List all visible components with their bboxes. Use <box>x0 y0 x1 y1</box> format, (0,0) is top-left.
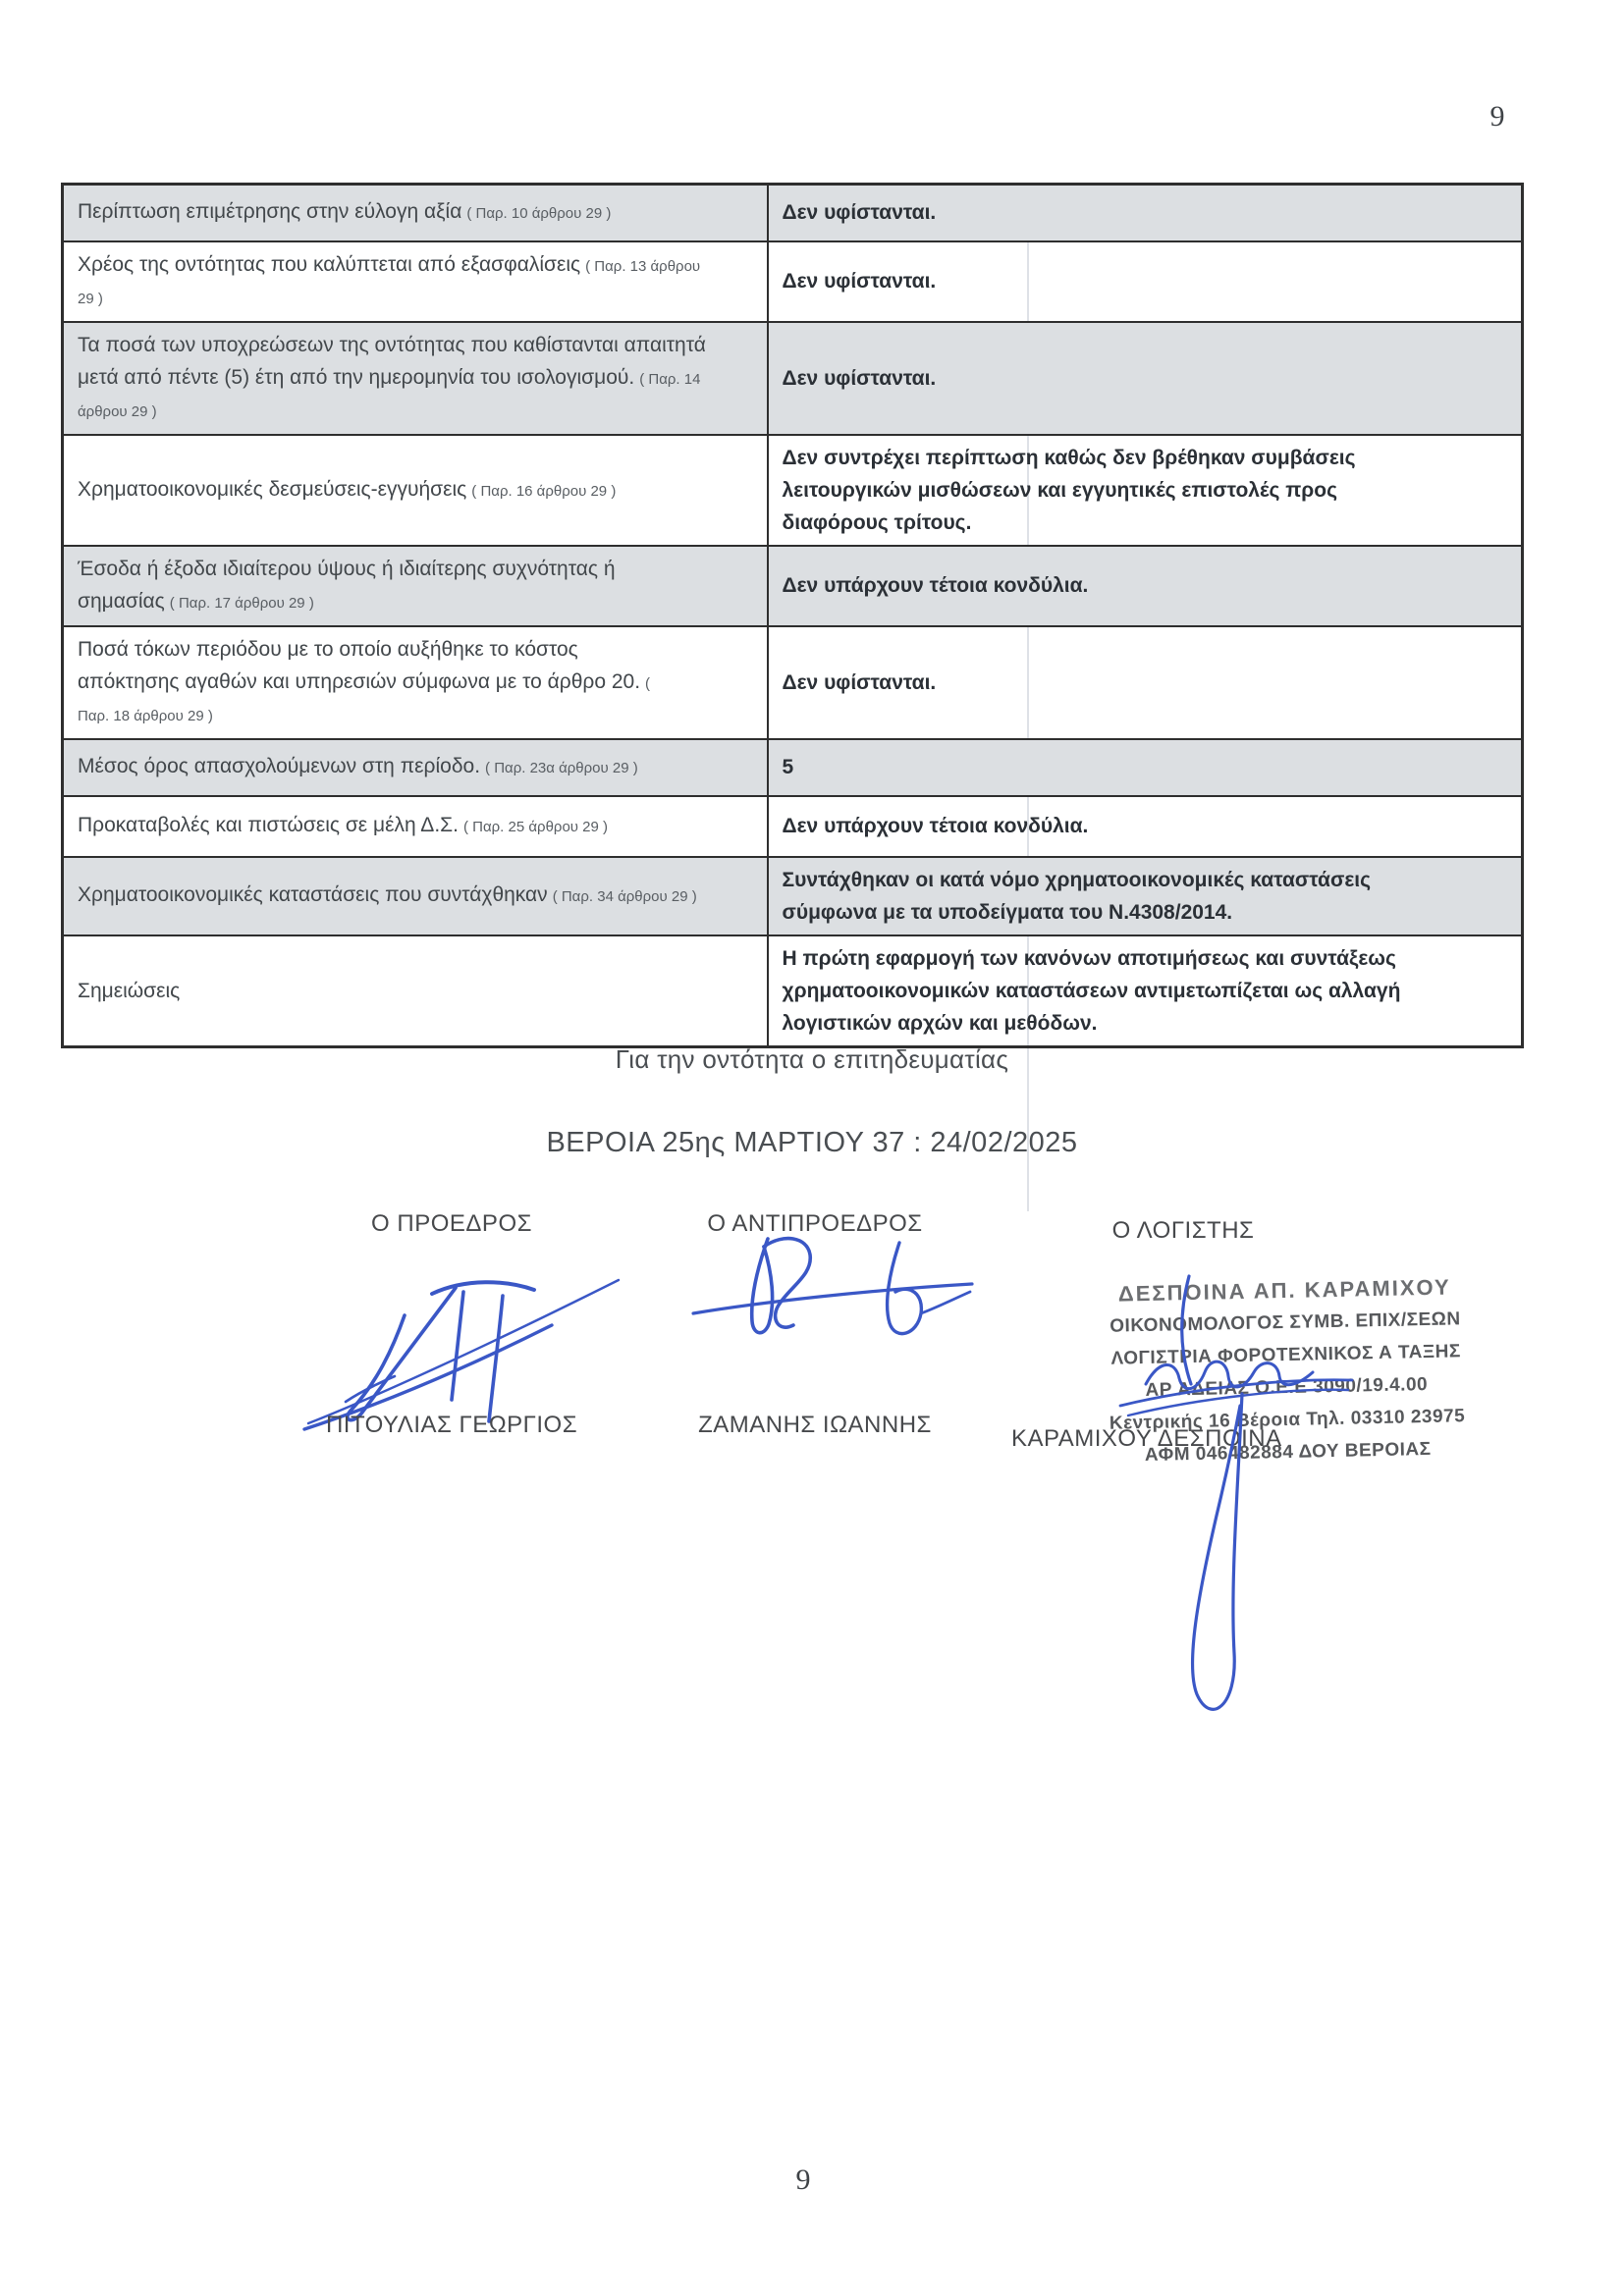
table-row: Χρέος της οντότητας που καλύπτεται από ε… <box>63 241 1523 322</box>
president-signature-ink <box>295 1255 628 1436</box>
disclosure-note: ( Παρ. 25 άρθρου 29 ) <box>463 819 608 835</box>
table-row: Μέσος όρος απασχολούμενων στη περίοδο.( … <box>63 739 1523 796</box>
table-row: Χρηματοοικονομικές δεσμεύσεις-εγγυήσεις(… <box>63 435 1523 546</box>
disclosure-value: Δεν υφίστανται. <box>783 671 937 694</box>
disclosure-note: ( Παρ. 16 άρθρου 29 ) <box>471 483 616 500</box>
president-title: Ο ΠΡΟΕΔΡΟΣ <box>324 1210 579 1238</box>
president-signature-icon <box>295 1255 628 1436</box>
vice-president-signature-icon <box>685 1229 980 1362</box>
disclosure-label: Σημειώσεις <box>78 980 180 1002</box>
entity-closing-line: Για την οντότητα ο επιτηδευματίας <box>0 1044 1624 1075</box>
page-number-top: 9 <box>1473 100 1522 133</box>
disclosure-label: Ποσά τόκων περιόδου με το οποίο αυξήθηκε… <box>78 638 640 693</box>
disclosure-value: Συντάχθηκαν οι κατά νόμο χρηματοοικονομι… <box>783 869 1372 924</box>
table-row: Προκαταβολές και πιστώσεις σε μέλη Δ.Σ.(… <box>63 796 1523 857</box>
disclosure-label: Χρηματοοικονομικές καταστάσεις που συντά… <box>78 883 548 906</box>
vice-president-signature-ink <box>685 1229 980 1362</box>
accountant-signature-ink <box>1095 1268 1375 1744</box>
disclosure-label: Τα ποσά των υποχρεώσεων της οντότητας πο… <box>78 334 706 389</box>
table-row: Περίπτωση επιμέτρησης στην εύλογη αξία( … <box>63 185 1523 241</box>
disclosure-label: Προκαταβολές και πιστώσεις σε μέλη Δ.Σ. <box>78 814 459 836</box>
accountant-signature-icon <box>1095 1268 1375 1744</box>
disclosure-note: ( Παρ. 34 άρθρου 29 ) <box>553 888 697 905</box>
disclosure-note: ( Παρ. 17 άρθρου 29 ) <box>170 595 314 612</box>
disclosure-value: Η πρώτη εφαρμογή των κανόνων αποτιμήσεως… <box>783 947 1401 1035</box>
disclosure-value: Δεν υφίστανται. <box>783 367 937 390</box>
scanned-document-page: { "page": { "top_page_number": "9", "bot… <box>0 0 1624 2296</box>
disclosure-label-cell: Χρηματοοικονομικές καταστάσεις που συντά… <box>63 857 768 935</box>
disclosure-value: Δεν υφίστανται. <box>783 270 937 293</box>
disclosures-table: Περίπτωση επιμέτρησης στην εύλογη αξία( … <box>61 183 1524 1048</box>
disclosure-note: ( Παρ. 23α άρθρου 29 ) <box>485 760 638 776</box>
disclosure-label: Περίπτωση επιμέτρησης στην εύλογη αξία <box>78 200 461 223</box>
president-name: ΠΙΤΟΥΛΙΑΣ ΓΕΩΡΓΙΟΣ <box>304 1412 599 1439</box>
disclosure-label-cell: Σημειώσεις <box>63 935 768 1047</box>
disclosure-label: Μέσος όρος απασχολούμενων στη περίοδο. <box>78 755 480 777</box>
disclosure-note: ( Παρ. 10 άρθρου 29 ) <box>466 205 611 222</box>
disclosure-value: Δεν υφίστανται. <box>783 201 937 224</box>
vice-president-name: ΖΑΜΑΝΗΣ ΙΩΑΝΝΗΣ <box>668 1412 962 1439</box>
disclosure-value: Δεν υπάρχουν τέτοια κονδύλια. <box>783 574 1089 597</box>
table-row: Έσοδα ή έξοδα ιδιαίτερου ύψους ή ιδιαίτε… <box>63 546 1523 626</box>
disclosure-value-cell: Δεν υπάρχουν τέτοια κονδύλια. <box>768 796 1523 857</box>
disclosure-value: Δεν υπάρχουν τέτοια κονδύλια. <box>783 815 1089 837</box>
place-date-line: ΒΕΡΟΙΑ 25ης ΜΑΡΤΙΟΥ 37 : 24/02/2025 <box>0 1127 1624 1159</box>
page-number-bottom: 9 <box>764 2163 842 2197</box>
disclosure-label-cell: Ποσά τόκων περιόδου με το οποίο αυξήθηκε… <box>63 626 768 739</box>
disclosure-label-cell: Χρέος της οντότητας που καλύπτεται από ε… <box>63 241 768 322</box>
table-row: Ποσά τόκων περιόδου με το οποίο αυξήθηκε… <box>63 626 1523 739</box>
disclosure-label: Έσοδα ή έξοδα ιδιαίτερου ύψους ή ιδιαίτε… <box>78 558 616 613</box>
disclosure-label-cell: Χρηματοοικονομικές δεσμεύσεις-εγγυήσεις(… <box>63 435 768 546</box>
disclosure-value-cell: Η πρώτη εφαρμογή των κανόνων αποτιμήσεως… <box>768 935 1523 1047</box>
table-row: Χρηματοοικονομικές καταστάσεις που συντά… <box>63 857 1523 935</box>
disclosure-value-cell: 5 <box>768 739 1523 796</box>
disclosure-label-cell: Περίπτωση επιμέτρησης στην εύλογη αξία( … <box>63 185 768 241</box>
accountant-title: Ο ΛΟΓΙΣΤΗΣ <box>1060 1217 1306 1245</box>
disclosure-label: Χρέος της οντότητας που καλύπτεται από ε… <box>78 253 580 276</box>
disclosure-value-cell: Δεν συντρέχει περίπτωση καθώς δεν βρέθηκ… <box>768 435 1523 546</box>
table-row: Σημειώσεις Η πρώτη εφαρμογή των κανόνων … <box>63 935 1523 1047</box>
disclosure-value-cell: Δεν υπάρχουν τέτοια κονδύλια. <box>768 546 1523 626</box>
disclosure-value-cell: Δεν υφίστανται. <box>768 322 1523 435</box>
disclosure-value-cell: Δεν υφίστανται. <box>768 241 1523 322</box>
disclosure-label-cell: Έσοδα ή έξοδα ιδιαίτερου ύψους ή ιδιαίτε… <box>63 546 768 626</box>
disclosure-label-cell: Μέσος όρος απασχολούμενων στη περίοδο.( … <box>63 739 768 796</box>
disclosure-value-cell: Δεν υφίστανται. <box>768 626 1523 739</box>
disclosure-label-cell: Προκαταβολές και πιστώσεις σε μέλη Δ.Σ.(… <box>63 796 768 857</box>
disclosures-table-wrap: Περίπτωση επιμέτρησης στην εύλογη αξία( … <box>61 183 1521 1048</box>
disclosure-label-cell: Τα ποσά των υποχρεώσεων της οντότητας πο… <box>63 322 768 435</box>
disclosure-value: Δεν συντρέχει περίπτωση καθώς δεν βρέθηκ… <box>783 447 1356 534</box>
disclosure-label: Χρηματοοικονομικές δεσμεύσεις-εγγυήσεις <box>78 478 466 501</box>
table-row: Τα ποσά των υποχρεώσεων της οντότητας πο… <box>63 322 1523 435</box>
disclosure-value: 5 <box>783 756 794 778</box>
disclosure-value-cell: Δεν υφίστανται. <box>768 185 1523 241</box>
disclosure-value-cell: Συντάχθηκαν οι κατά νόμο χρηματοοικονομι… <box>768 857 1523 935</box>
